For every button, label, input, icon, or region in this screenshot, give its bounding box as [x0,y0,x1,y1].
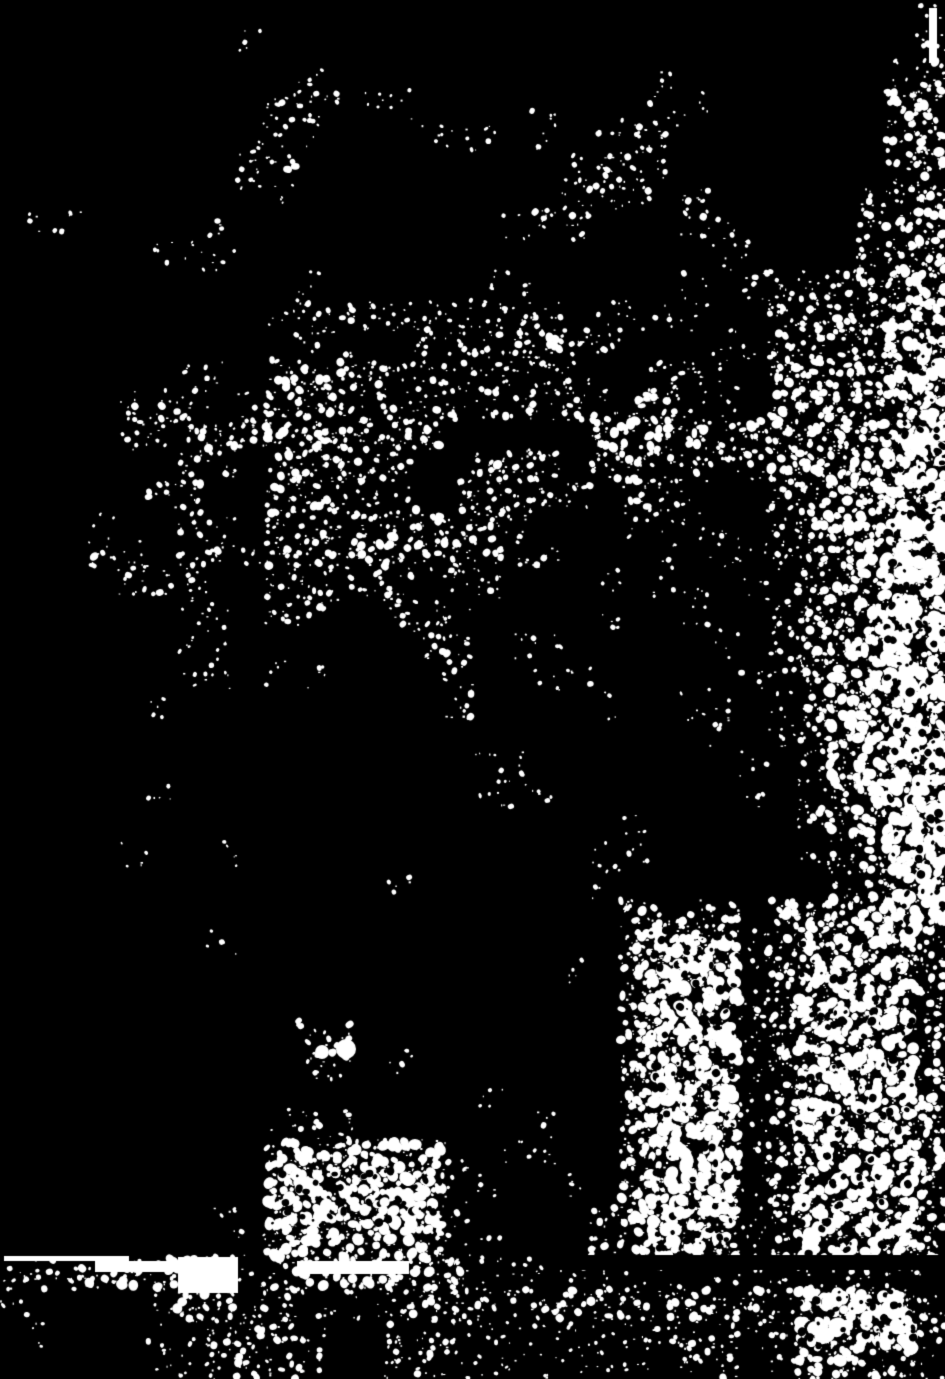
binarized-photo-canvas [0,0,945,1379]
binarized-photo [0,0,945,1379]
